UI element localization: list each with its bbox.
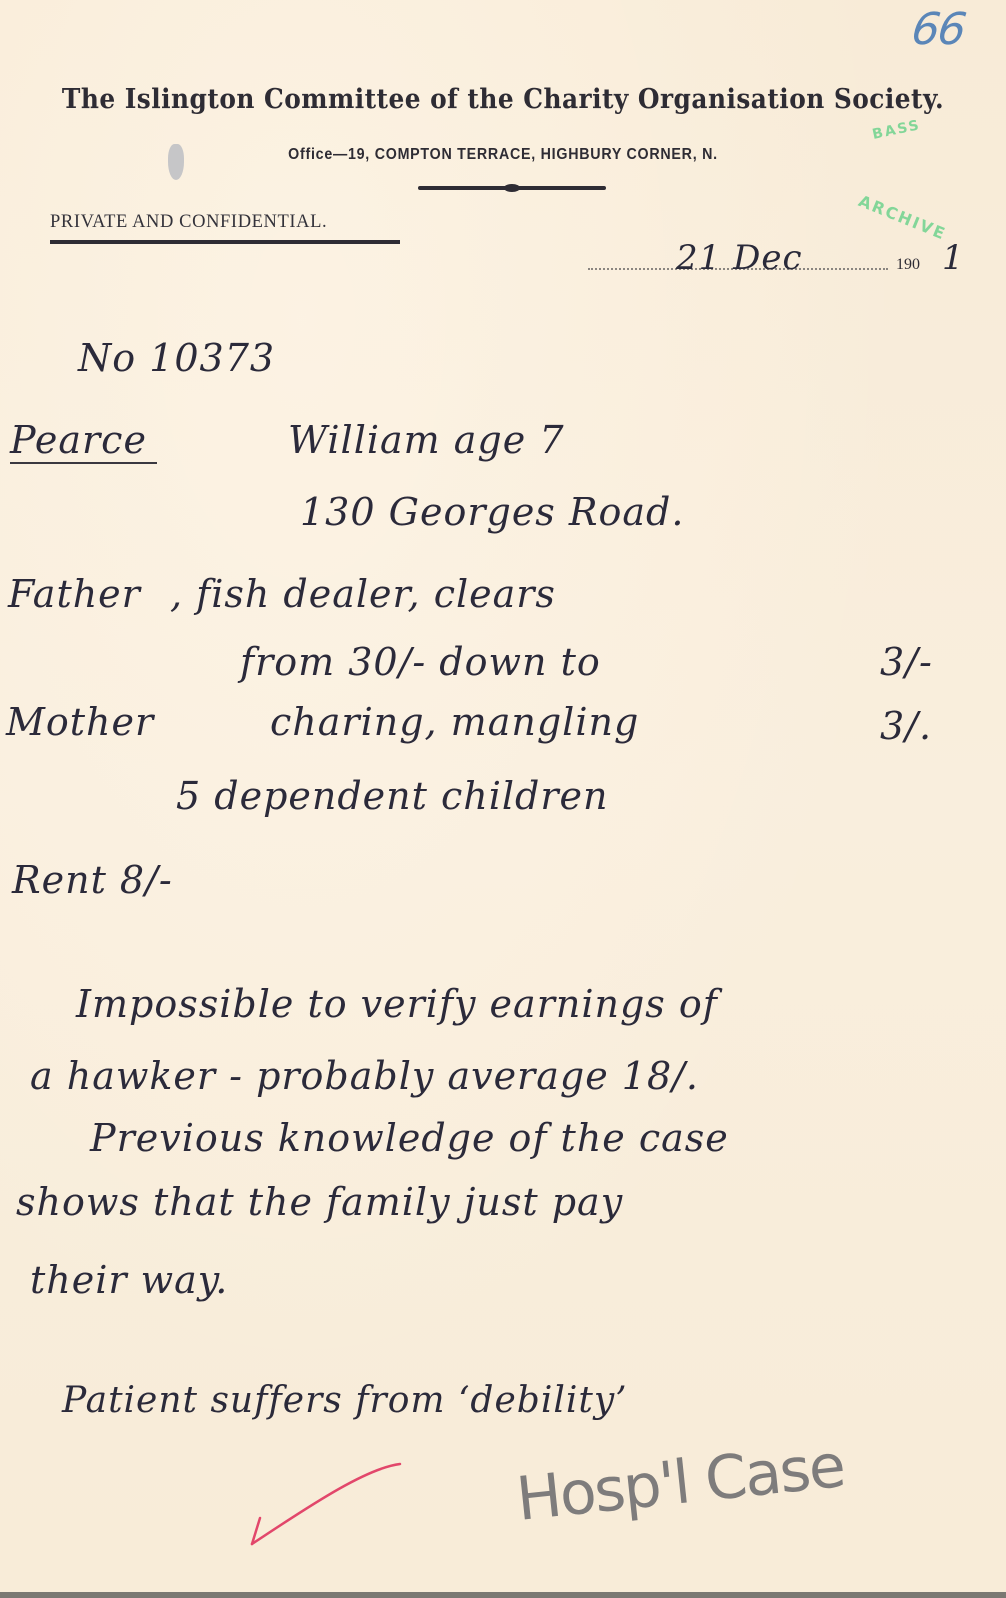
note-line-3: Previous knowledge of the case (90, 1116, 729, 1160)
case-number: No 10373 (78, 336, 275, 380)
date-year-prefix: 190 (896, 256, 920, 274)
household-label-father: Father (8, 572, 141, 616)
household-text-father-income: from 30/- down to (240, 640, 601, 684)
confidential-heading: PRIVATE AND CONFIDENTIAL. (50, 212, 327, 233)
case-surname: Pearce (10, 418, 157, 464)
note-line-4: shows that the family just pay (16, 1180, 623, 1224)
case-address: 130 Georges Road. (300, 490, 684, 534)
letterhead-office-address: Office—19, COMPTON TERRACE, HIGHBURY COR… (40, 146, 966, 164)
household-amount-father: 3/- (880, 640, 933, 684)
confidential-underline (50, 240, 400, 244)
household-text-father: , fish dealer, clears (170, 572, 556, 616)
household-text-mother: charing, mangling (270, 700, 639, 744)
household-dependents: 5 dependent children (176, 774, 609, 818)
patient-note: Patient suffers from ‘debility’ (62, 1380, 628, 1421)
case-given-name-age: William age 7 (288, 418, 565, 462)
red-check-mark-icon (248, 1460, 408, 1550)
household-amount-mother: 3/. (880, 704, 932, 748)
note-line-5: their way. (30, 1258, 228, 1302)
page-bottom-edge (0, 1592, 1006, 1598)
note-line-1: Impossible to verify earnings of (76, 982, 718, 1026)
date-year-suffix: 1 (942, 238, 964, 278)
household-label-mother: Mother (6, 700, 154, 744)
note-line-2: a hawker - probably average 18/. (30, 1054, 699, 1098)
rent-line: Rent 8/- (12, 858, 173, 902)
ornamental-rule (418, 186, 606, 190)
date-day-month: 21 Dec (676, 238, 803, 278)
letterhead-title: The Islington Committee of the Charity O… (40, 84, 966, 115)
folio-number: 66 (908, 4, 967, 55)
